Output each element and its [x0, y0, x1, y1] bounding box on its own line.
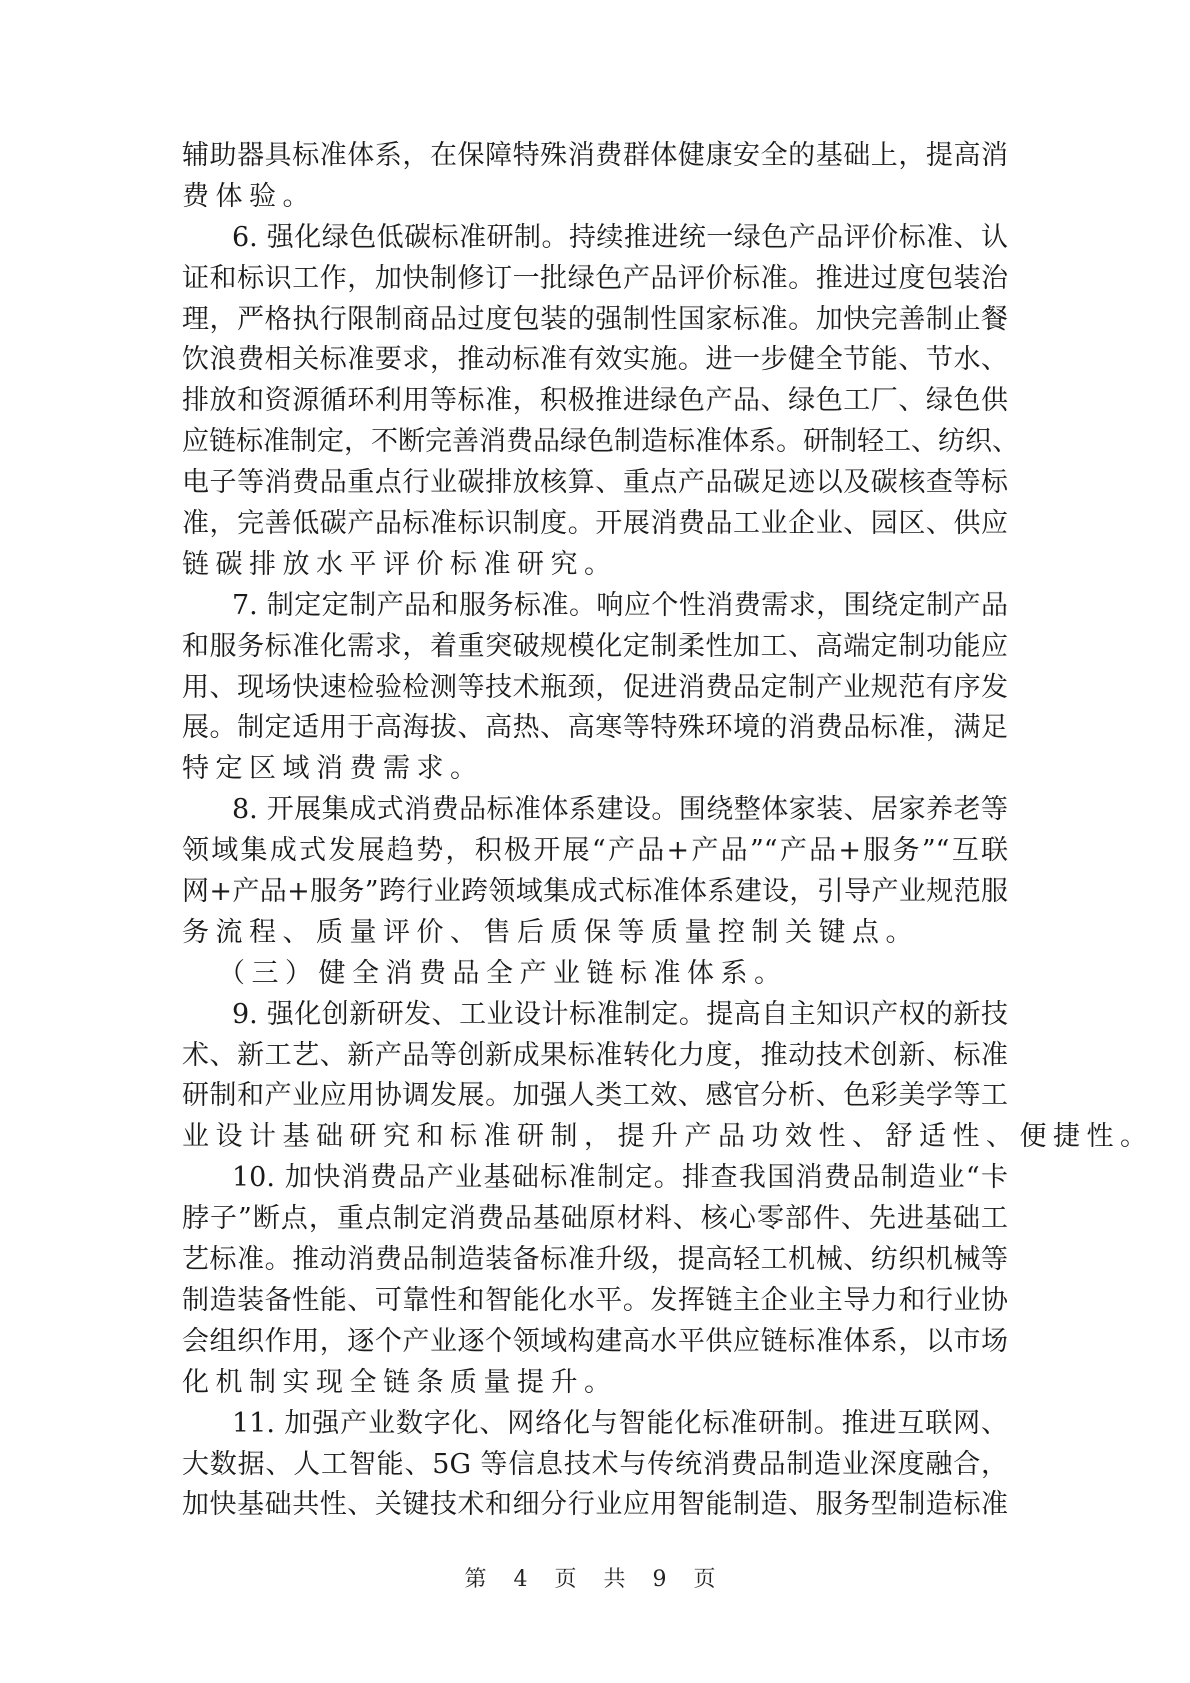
text-line: 加快基础共性、关键技术和细分行业应用智能制造、服务型制造标准 — [182, 1485, 1008, 1526]
text-line: 大数据、人工智能、5G 等信息技术与传统消费品制造业深度融合， — [182, 1445, 1008, 1486]
document-page: 辅助器具标准体系，在保障特殊消费群体健康安全的基础上，提高消 费体验。 6. 强… — [0, 0, 1190, 1683]
text-line: 脖子”断点，重点制定消费品基础原材料、核心零部件、先进基础工 — [182, 1199, 1008, 1240]
text-line: 电子等消费品重点行业碳排放核算、重点产品碳足迹以及碳核查等标 — [182, 463, 1008, 504]
text-line: 术、新工艺、新产品等创新成果标准转化力度，推动技术创新、标准 — [182, 1036, 1008, 1077]
page-number-footer: 第 4 页 共 9 页 — [0, 1562, 1190, 1593]
paragraph-item-7: 7. 制定定制产品和服务标准。响应个性消费需求，围绕定制产品 和服务标准化需求，… — [182, 586, 1008, 790]
paragraph-item-5-continuation: 辅助器具标准体系，在保障特殊消费群体健康安全的基础上，提高消 费体验。 — [182, 136, 1008, 218]
body-text: 辅助器具标准体系，在保障特殊消费群体健康安全的基础上，提高消 费体验。 6. 强… — [182, 136, 1008, 1526]
section-heading: （三）健全消费品全产业链标准体系。 — [182, 954, 1008, 995]
text-line: 化机制实现全链条质量提升。 — [182, 1363, 1008, 1404]
paragraph-item-8: 8. 开展集成式消费品标准体系建设。围绕整体家装、居家养老等 领域集成式发展趋势… — [182, 790, 1008, 954]
text-line: 应链标准制定，不断完善消费品绿色制造标准体系。研制轻工、纺织、 — [182, 422, 1008, 463]
paragraph-item-9: 9. 强化创新研发、工业设计标准制定。提高自主知识产权的新技 术、新工艺、新产品… — [182, 995, 1008, 1159]
text-line: 饮浪费相关标准要求，推动标准有效实施。进一步健全节能、节水、 — [182, 340, 1008, 381]
text-line: 10. 加快消费品产业基础标准制定。排查我国消费品制造业“卡 — [182, 1158, 1008, 1199]
text-line: 和服务标准化需求，着重突破规模化定制柔性加工、高端定制功能应 — [182, 627, 1008, 668]
text-line: 网+产品+服务”跨行业跨领域集成式标准体系建设，引导产业规范服 — [182, 872, 1008, 913]
text-line: 7. 制定定制产品和服务标准。响应个性消费需求，围绕定制产品 — [182, 586, 1008, 627]
text-line: 务流程、质量评价、售后质保等质量控制关键点。 — [182, 913, 1008, 954]
text-line: 研制和产业应用协调发展。加强人类工效、感官分析、色彩美学等工 — [182, 1076, 1008, 1117]
text-line: 准，完善低碳产品标准标识制度。开展消费品工业企业、园区、供应 — [182, 504, 1008, 545]
text-line: 用、现场快速检验检测等技术瓶颈，促进消费品定制产业规范有序发 — [182, 668, 1008, 709]
text-line: 理，严格执行限制商品过度包装的强制性国家标准。加快完善制止餐 — [182, 300, 1008, 341]
text-line: 8. 开展集成式消费品标准体系建设。围绕整体家装、居家养老等 — [182, 790, 1008, 831]
text-line: 9. 强化创新研发、工业设计标准制定。提高自主知识产权的新技 — [182, 995, 1008, 1036]
text-line: 制造装备性能、可靠性和智能化水平。发挥链主企业主导力和行业协 — [182, 1281, 1008, 1322]
paragraph-item-6: 6. 强化绿色低碳标准研制。持续推进统一绿色产品评价标准、认 证和标识工作，加快… — [182, 218, 1008, 586]
text-line: 链碳排放水平评价标准研究。 — [182, 545, 1008, 586]
text-line: 6. 强化绿色低碳标准研制。持续推进统一绿色产品评价标准、认 — [182, 218, 1008, 259]
paragraph-item-11: 11. 加强产业数字化、网络化与智能化标准研制。推进互联网、 大数据、人工智能、… — [182, 1404, 1008, 1527]
paragraph-item-10: 10. 加快消费品产业基础标准制定。排查我国消费品制造业“卡 脖子”断点，重点制… — [182, 1158, 1008, 1403]
text-line: 排放和资源循环利用等标准，积极推进绿色产品、绿色工厂、绿色供 — [182, 381, 1008, 422]
text-line: 领域集成式发展趋势，积极开展“产品+产品”“产品+服务”“互联 — [182, 831, 1008, 872]
text-line: 特定区域消费需求。 — [182, 749, 1008, 790]
text-line: 会组织作用，逐个产业逐个领域构建高水平供应链标准体系，以市场 — [182, 1322, 1008, 1363]
text-line: 证和标识工作，加快制修订一批绿色产品评价标准。推进过度包装治 — [182, 259, 1008, 300]
text-line: 辅助器具标准体系，在保障特殊消费群体健康安全的基础上，提高消 — [182, 136, 1008, 177]
text-line: 艺标准。推动消费品制造装备标准升级，提高轻工机械、纺织机械等 — [182, 1240, 1008, 1281]
text-line: 费体验。 — [182, 177, 1008, 218]
text-line: 业设计基础研究和标准研制，提升产品功效性、舒适性、便捷性。 — [182, 1117, 1008, 1158]
text-line: 展。制定适用于高海拔、高热、高寒等特殊环境的消费品标准，满足 — [182, 708, 1008, 749]
text-line: 11. 加强产业数字化、网络化与智能化标准研制。推进互联网、 — [182, 1404, 1008, 1445]
